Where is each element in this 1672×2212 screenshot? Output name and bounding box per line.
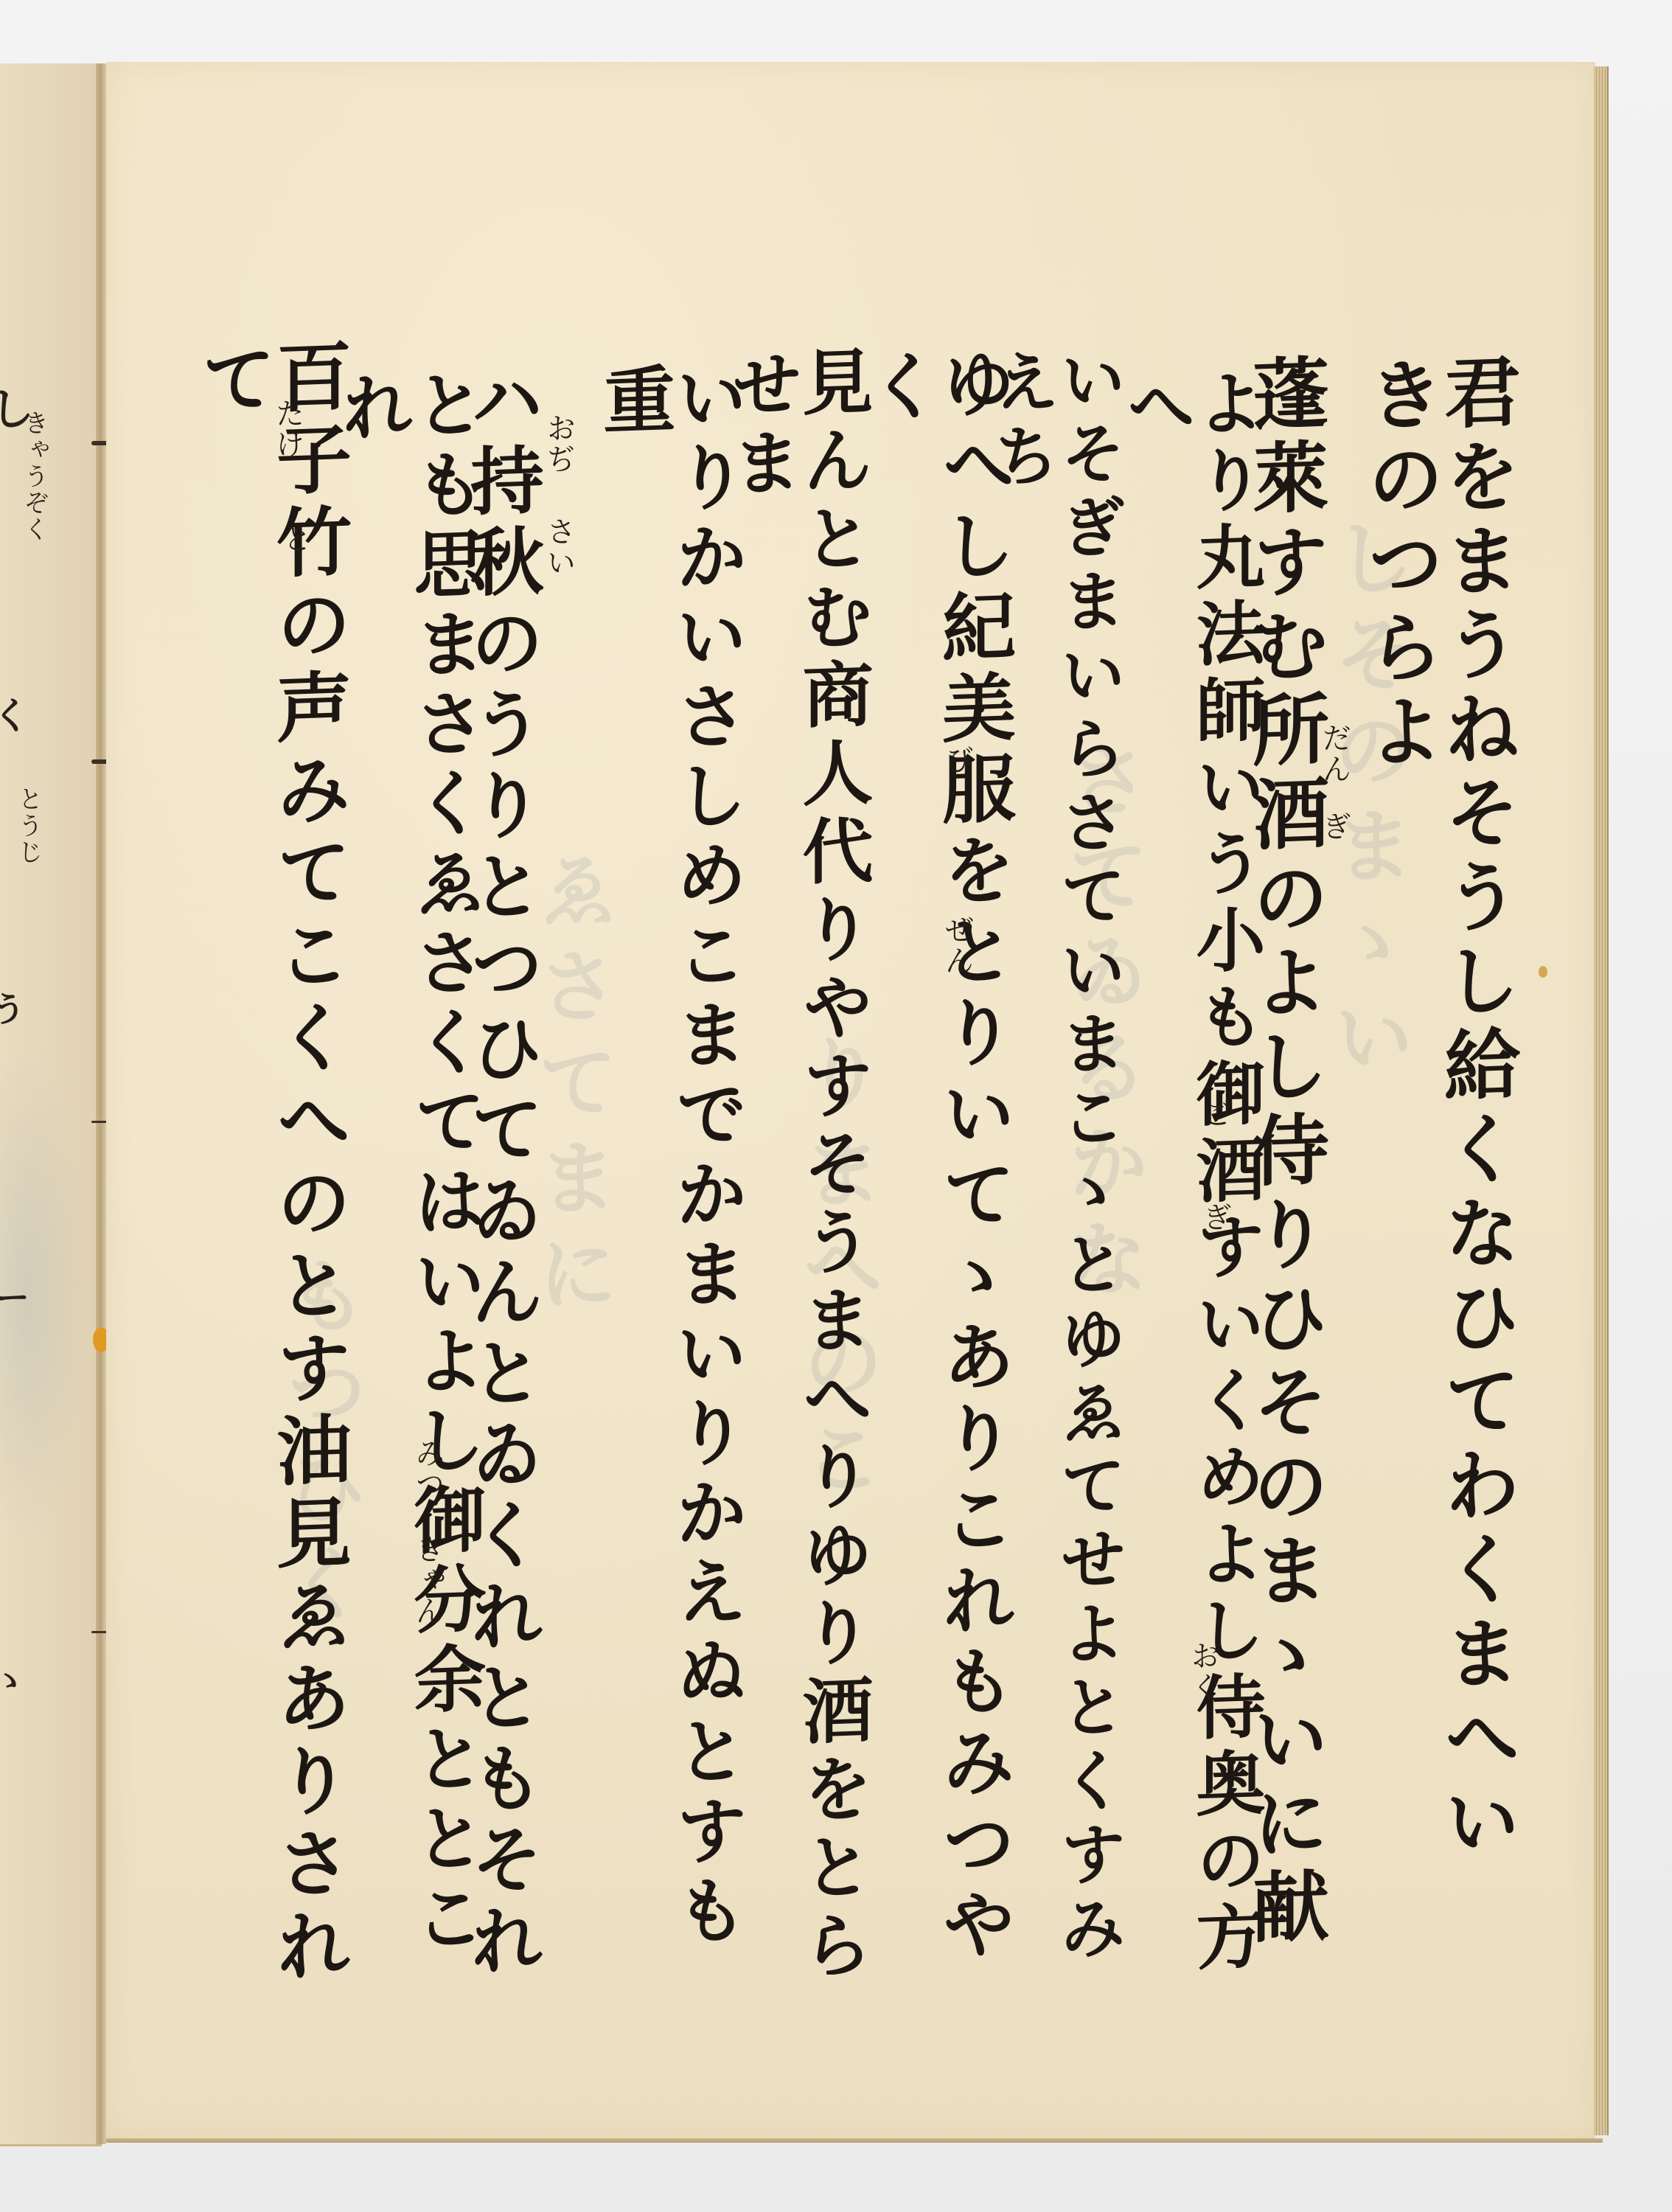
left-page-ink-fragment: ー: [0, 1280, 29, 1315]
yellow-spot: [1539, 966, 1547, 978]
text-column-5: ゆへし紀美服をとりいてゝありこれもみつやく: [863, 344, 1010, 1972]
text-column-7: いりかいさしめこまでかまいりかえぬとすも重: [597, 359, 742, 2008]
ruby-annotation: ご: [1200, 1099, 1230, 1130]
book-gutter: [96, 63, 106, 2144]
ruby-annotation: ぎ: [1200, 1202, 1230, 1233]
left-page-ink-fragment: ゝ: [0, 1663, 27, 1697]
left-page-ruby: きゃうぞく: [16, 410, 52, 543]
ruby-annotation: と: [280, 524, 310, 554]
left-page-ink-fragment: く: [0, 698, 29, 734]
page-bottom-edge: [106, 2138, 1603, 2143]
ruby-annotation: おく: [1188, 1641, 1218, 1703]
ruby-annotation: び: [942, 745, 972, 776]
text-column-3: より丸法師いう小も御酒すいくめよし侍奥の方へ: [1121, 366, 1259, 1994]
text-column-1: 君をまうねそうし給くなひてわくまへいきのつらよ: [1361, 351, 1514, 1949]
ruby-annotation: みつ: [413, 1438, 442, 1500]
ruby-annotation: さい: [544, 516, 574, 578]
text-column-9: とも思まさくゑさくてはいよし御分余ととこれ: [335, 366, 480, 2038]
ruby-annotation: だん: [1320, 723, 1349, 785]
ruby-annotation: おぢ: [544, 413, 574, 475]
page-stack-edge: [1594, 66, 1609, 2135]
left-page: し く う ー ゝ きゃうぞく とうじ: [0, 63, 102, 2146]
ruby-annotation: ぎ: [1320, 811, 1349, 842]
ruby-annotation: たけ: [273, 398, 302, 460]
ruby-annotation: ぜん: [942, 914, 972, 976]
left-page-ruby: とうじ: [10, 786, 46, 866]
text-column-10: 百子竹の声みてこくへのとす油見ゑありされて: [195, 336, 346, 2052]
ruby-annotation: きゃん: [413, 1534, 442, 1627]
left-page-ink-fragment: う: [0, 992, 25, 1026]
